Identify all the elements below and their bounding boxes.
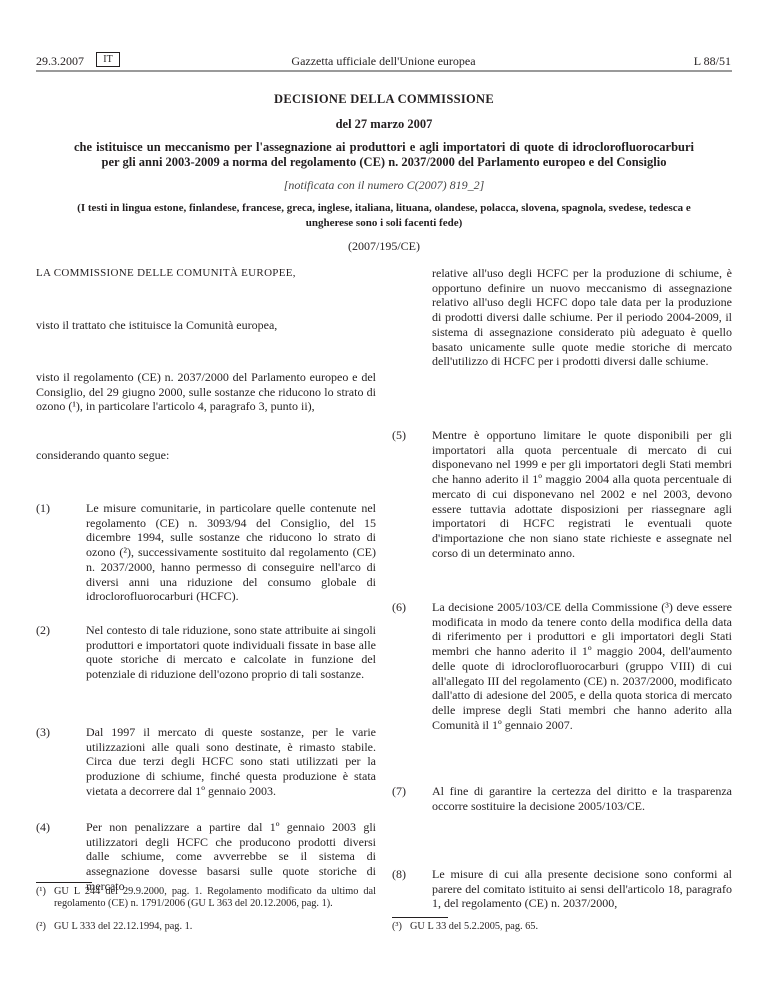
footnote-text: GU L 244 del 29.9.2000, pag. 1. Regolame…	[54, 886, 376, 909]
recital-4-continuation: relative all'uso degli HCFC per la produ…	[432, 266, 732, 369]
recital-number: (1)	[36, 501, 50, 516]
preamble-visto-regulation: visto il regolamento (CE) n. 2037/2000 d…	[36, 370, 376, 414]
recital-number: (8)	[392, 867, 406, 882]
recital-number: (7)	[392, 784, 406, 799]
recital-text: Al fine di garantire la certezza del dir…	[432, 784, 732, 813]
footnote-text: GU L 33 del 5.2.2005, pag. 65.	[410, 921, 732, 933]
preamble-considering: considerando quanto segue:	[36, 448, 376, 463]
recital-number: (3)	[36, 725, 50, 740]
recital-number: (6)	[392, 600, 406, 615]
footnote-mark: (³)	[392, 921, 402, 933]
recital-text: Mentre è opportuno limitare le quote dis…	[432, 428, 732, 560]
footnote-mark: (²)	[36, 921, 46, 933]
recital-text: Dal 1997 il mercato di queste sostanze, …	[86, 725, 376, 799]
footnote-mark: (¹)	[36, 886, 46, 898]
recital-number: (4)	[36, 820, 50, 835]
footnote-rule	[36, 882, 92, 883]
recital-number: (2)	[36, 623, 50, 638]
left-column: LA COMMISSIONE DELLE COMUNITÀ EUROPEE, v…	[36, 0, 376, 994]
footnote-rule	[392, 917, 448, 918]
recital-text: Nel contesto di tale riduzione, sono sta…	[86, 623, 376, 682]
recital-text: Le misure comunitarie, in particolare qu…	[86, 501, 376, 604]
recital-number: (5)	[392, 428, 406, 443]
recital-text: La decisione 2005/103/CE della Commissio…	[432, 600, 732, 732]
preamble-visto-treaty: visto il trattato che istituisce la Comu…	[36, 318, 376, 333]
footnote-text: GU L 333 del 22.12.1994, pag. 1.	[54, 921, 376, 933]
recital-text: Le misure di cui alla presente decisione…	[432, 867, 732, 911]
right-column: relative all'uso degli HCFC per la produ…	[392, 0, 732, 994]
recital-text: Per non penalizzare a partire dal 1º gen…	[86, 820, 376, 894]
preamble-authority: LA COMMISSIONE DELLE COMUNITÀ EUROPEE,	[36, 266, 376, 281]
